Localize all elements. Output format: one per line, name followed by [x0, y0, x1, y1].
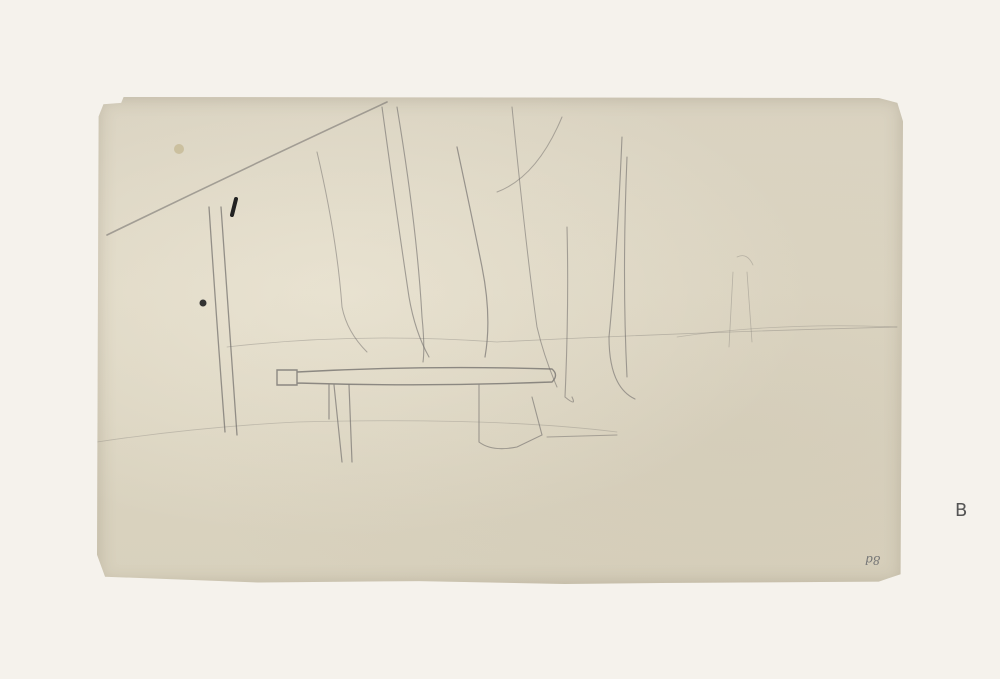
faint-figure — [729, 256, 753, 347]
tree-trunk-1 — [317, 152, 367, 352]
tree-trunk-8 — [609, 137, 635, 399]
stain-spot — [174, 144, 184, 154]
bench-seat — [277, 368, 556, 385]
tree-trunk-6 — [497, 117, 562, 192]
tree-trunk-3 — [397, 107, 424, 362]
tree-trunk-5 — [512, 107, 557, 387]
pencil-sketch — [97, 97, 903, 584]
bench-leg-left — [329, 385, 352, 462]
ground-line — [227, 327, 897, 347]
pencil-inscription: 8d — [865, 553, 880, 567]
horizon-right — [677, 326, 897, 337]
sheet-letter-label: B — [955, 500, 967, 521]
tree-trunk-7 — [565, 227, 573, 402]
tree-trunk-4 — [457, 147, 488, 357]
diagonal-stroke — [107, 102, 387, 235]
smudge-mark — [232, 199, 236, 215]
sketch-paper-sheet — [97, 97, 903, 584]
ink-spot — [200, 300, 207, 307]
bench-leg-right — [479, 385, 542, 449]
tree-left — [209, 207, 237, 435]
ground-line-3 — [547, 435, 617, 437]
